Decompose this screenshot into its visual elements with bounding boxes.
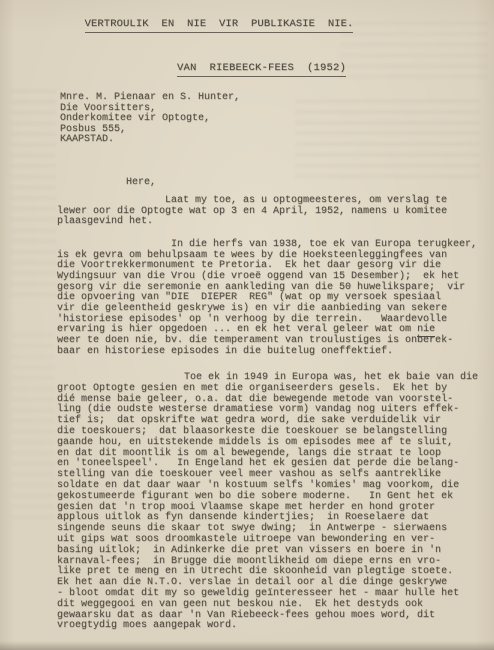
confidential-notice: VERTROULIK EN NIE VIR PUBLIKASIE NIE.: [59, 6, 353, 42]
paragraph-line: gekostumeerde figurant wen bo die sobere…: [57, 492, 487, 503]
paragraph-line: basing uitlok; in Adinkerke die pret van…: [57, 546, 487, 557]
letter-page: VERTROULIK EN NIE VIR PUBLIKASIE NIE. VA…: [0, 0, 494, 650]
paragraph-line: vroegtydig moes aangepak word.: [57, 621, 487, 632]
bleed-through-ghost: [295, 96, 480, 182]
recipient-address: Mnre. M. Pienaar en S. Hunter,Die Voorsi…: [60, 93, 240, 146]
body-paragraph-1: Laat my toe, as u optogmeesteres, om ver…: [57, 196, 487, 228]
bleed-through-ghost: [340, 18, 488, 80]
body-paragraph-2: In die herfs van 1938, toe ek van Europa…: [57, 240, 487, 357]
document-title-text: VAN RIEBEECK-FEES (1952): [177, 62, 346, 77]
document-title: VAN RIEBEECK-FEES (1952): [151, 50, 346, 86]
salutation: Here,: [126, 177, 156, 188]
paragraph-line: gaande hou, en uitstekende middels is om…: [57, 438, 487, 449]
address-line: Mnre. M. Pienaar en S. Hunter,: [60, 93, 240, 104]
paragraph-line: weer te doen nie, bv. die temperament va…: [57, 336, 487, 347]
paragraph-line: dit weggegooi en van geen nut beskou nie…: [57, 600, 487, 611]
body-paragraph-3: Toe ek in 1949 in Europa was, het ek bai…: [57, 373, 487, 632]
paragraph-line: plaasgevind het.: [57, 217, 487, 228]
paragraph-line: groot Optogte gesien en met die organise…: [57, 384, 487, 395]
paragraph-line: baar en historiese episodes in die buite…: [57, 347, 487, 358]
bleed-through-ghost: [12, 330, 54, 520]
confidential-notice-text: VERTROULIK EN NIE VIR PUBLIKASIE NIE.: [85, 18, 354, 33]
bleed-through-ghost: [10, 86, 56, 301]
paragraph-line: vir die geleentheid geskrywe is) en vir …: [57, 304, 487, 315]
paragraph-line: Laat my toe, as u optogmeesteres, om ver…: [57, 196, 487, 207]
address-line: KAAPSTAD.: [60, 135, 240, 146]
page-bottom-shadow: [0, 641, 494, 650]
